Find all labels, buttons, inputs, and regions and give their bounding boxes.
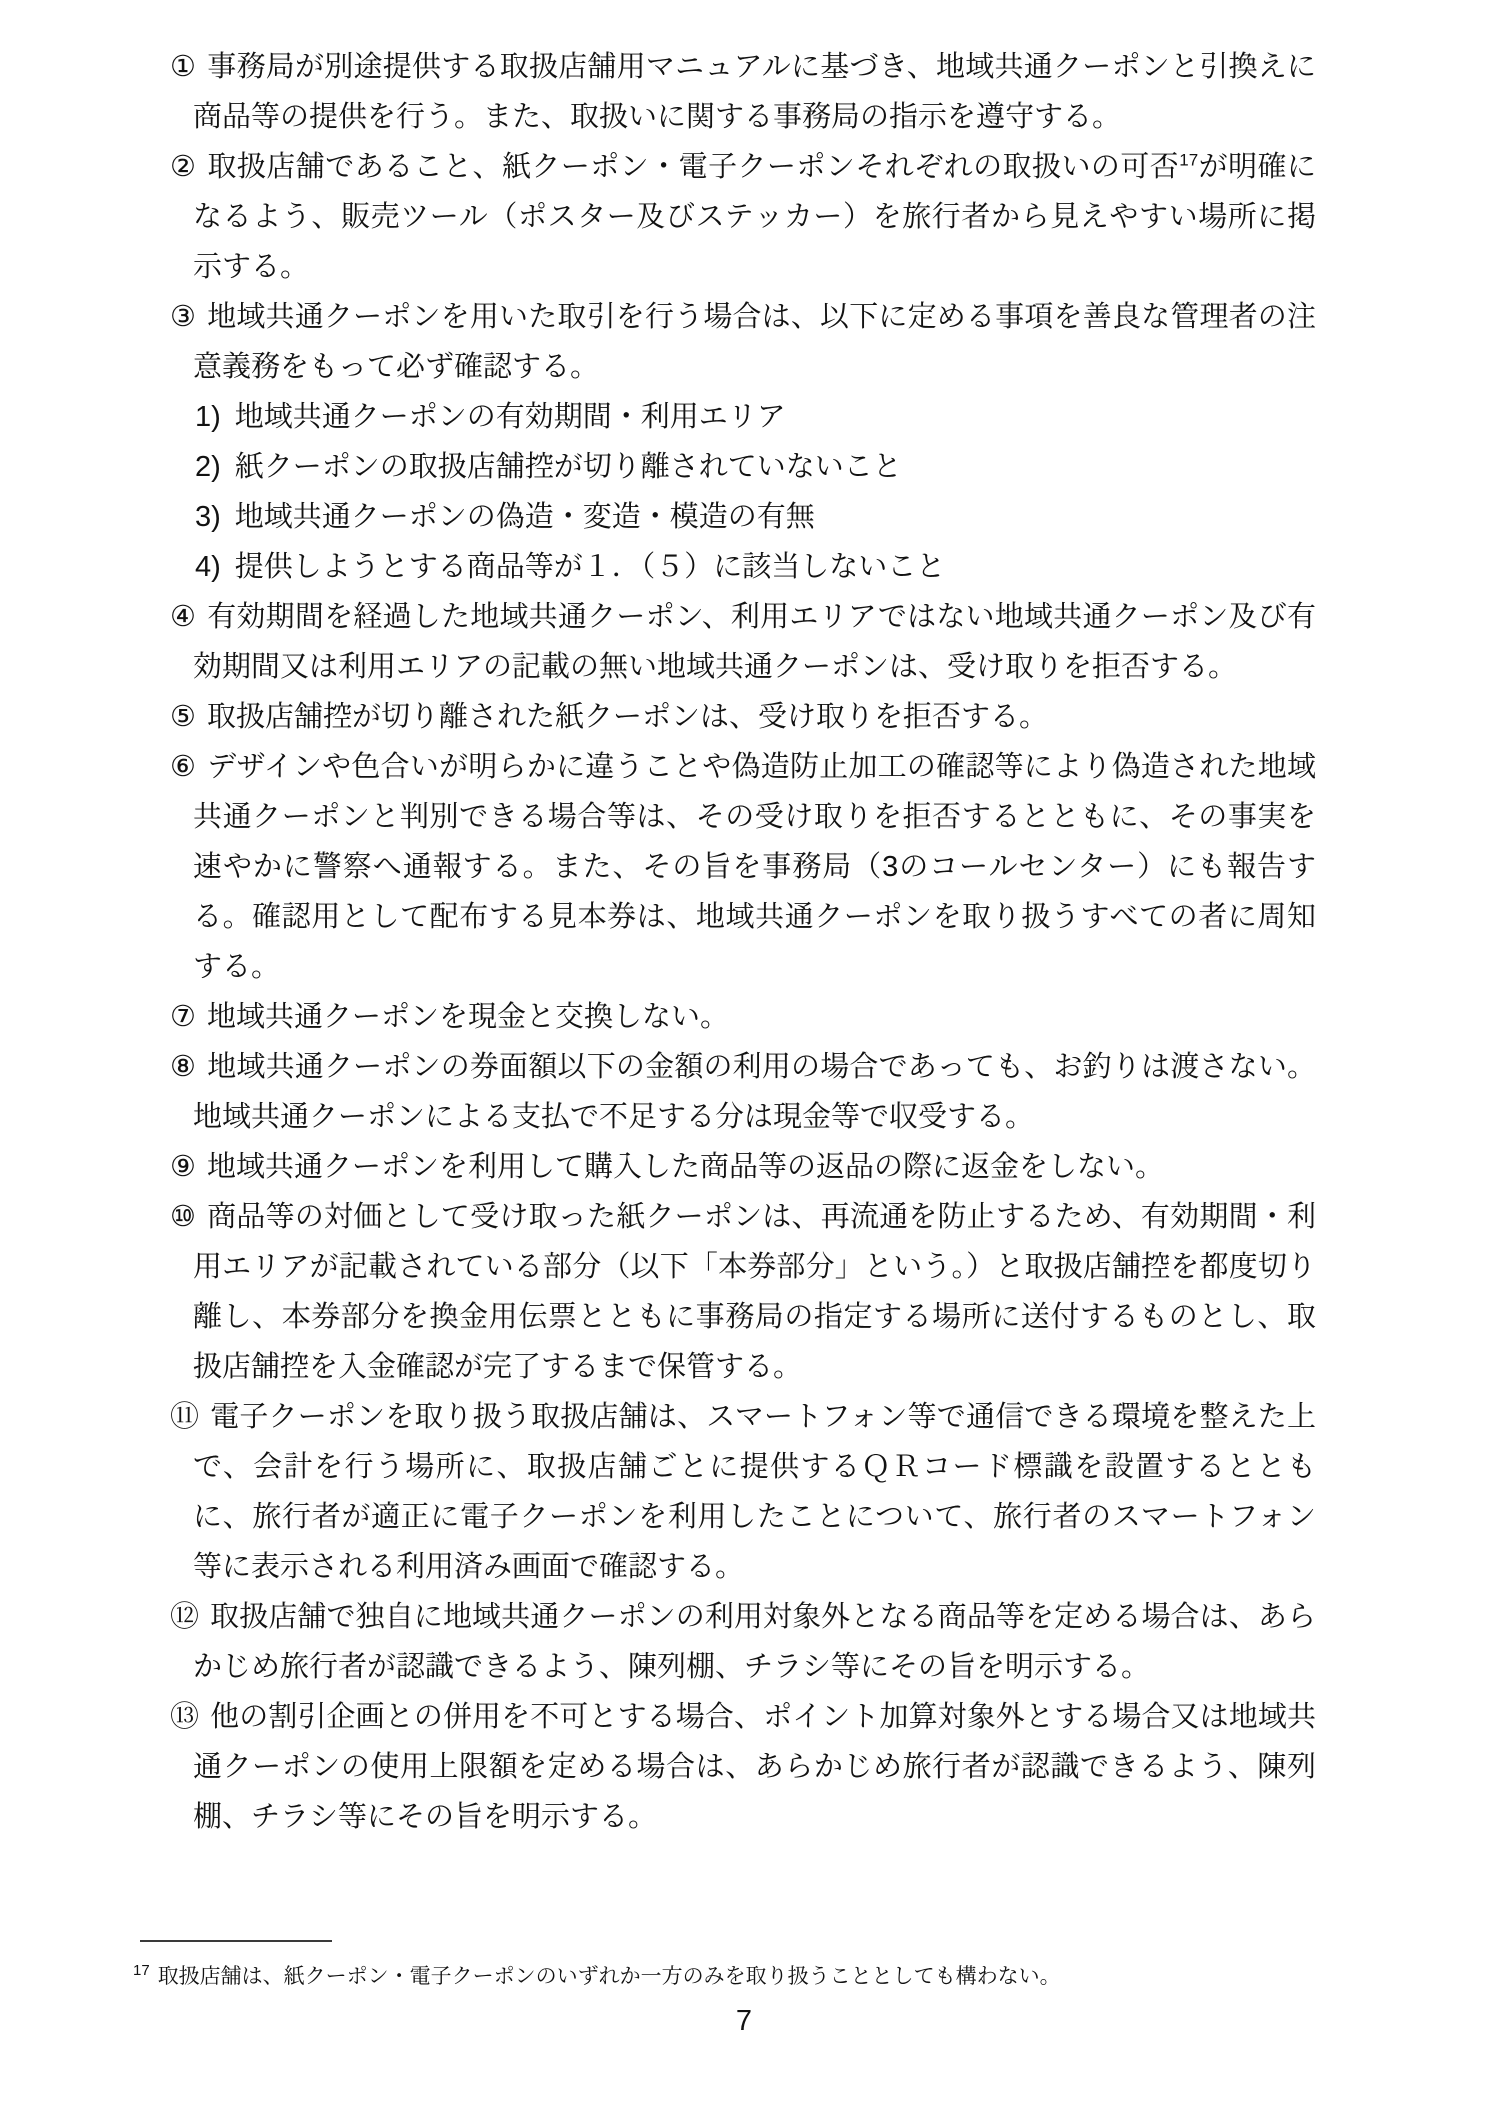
item-marker: ⑫	[170, 1601, 199, 1633]
item-text: 地域共通クーポンを利用して購入した商品等の返品の際に返金をしない。	[207, 1151, 1164, 1183]
sub-item-marker: 2)	[195, 451, 221, 483]
list-item-7: ⑦地域共通クーポンを現金と交換しない。	[140, 992, 1316, 1042]
item-text: 電子クーポンを取り扱う取扱店舗は、スマートフォン等で通信できる環境を整えた上で、…	[193, 1401, 1316, 1583]
list-item-1: ①事務局が別途提供する取扱店舗用マニュアルに基づき、地域共通クーポンと引換えに商…	[140, 42, 1316, 142]
item-text: 取扱店舗で独自に地域共通クーポンの利用対象外となる商品等を定める場合は、あらかじ…	[193, 1601, 1316, 1683]
item-marker: ⑨	[170, 1151, 196, 1183]
item-text: 地域共通クーポンを現金と交換しない。	[207, 1001, 729, 1033]
item-marker: ④	[170, 601, 196, 633]
item-text: デザインや色合いが明らかに違うことや偽造防止加工の確認等により偽造された地域共通…	[193, 751, 1316, 983]
sub-item-4: 4)提供しようとする商品等が１．（５）に該当しないこと	[140, 542, 1316, 592]
footnote-marker: 17	[133, 1962, 150, 1979]
item-text: 他の割引企画との併用を不可とする場合、ポイント加算対象外とする場合又は地域共通ク…	[193, 1701, 1316, 1833]
item-marker: ⑪	[170, 1401, 199, 1433]
footnote-ref-17: 17	[1179, 150, 1198, 169]
list-item-3: ③地域共通クーポンを用いた取引を行う場合は、以下に定める事項を善良な管理者の注意…	[140, 292, 1316, 392]
item-marker: ⑩	[170, 1201, 196, 1233]
document-body: ①事務局が別途提供する取扱店舗用マニュアルに基づき、地域共通クーポンと引換えに商…	[0, 0, 1488, 1842]
item-text: 商品等の対価として受け取った紙クーポンは、再流通を防止するため、有効期間・利用エ…	[193, 1201, 1316, 1383]
item-text: 地域共通クーポンの券面額以下の金額の利用の場合であっても、お釣りは渡さない。地域…	[193, 1051, 1316, 1133]
document-page: ①事務局が別途提供する取扱店舗用マニュアルに基づき、地域共通クーポンと引換えに商…	[0, 0, 1488, 2104]
list-item-12: ⑫取扱店舗で独自に地域共通クーポンの利用対象外となる商品等を定める場合は、あらか…	[140, 1592, 1316, 1692]
footnote-text: 取扱店舗は、紙クーポン・電子クーポンのいずれか一方のみを取り扱うこととしても構わ…	[158, 1965, 1061, 1988]
sub-item-text: 提供しようとする商品等が１．（５）に該当しないこと	[235, 551, 946, 583]
item-marker: ⑧	[170, 1051, 196, 1083]
item-text: 有効期間を経過した地域共通クーポン、利用エリアではない地域共通クーポン及び有効期…	[193, 601, 1316, 683]
item-marker: ①	[170, 51, 196, 83]
item-text: 事務局が別途提供する取扱店舗用マニュアルに基づき、地域共通クーポンと引換えに商品…	[193, 51, 1316, 133]
sub-item-text: 地域共通クーポンの有効期間・利用エリア	[235, 401, 786, 433]
list-item-4: ④有効期間を経過した地域共通クーポン、利用エリアではない地域共通クーポン及び有効…	[140, 592, 1316, 692]
list-item-10: ⑩商品等の対価として受け取った紙クーポンは、再流通を防止するため、有効期間・利用…	[140, 1192, 1316, 1392]
list-item-5: ⑤取扱店舗控が切り離された紙クーポンは、受け取りを拒否する。	[140, 692, 1316, 742]
footnote-divider	[140, 1940, 332, 1942]
list-item-13: ⑬他の割引企画との併用を不可とする場合、ポイント加算対象外とする場合又は地域共通…	[140, 1692, 1316, 1842]
sub-item-marker: 3)	[195, 501, 221, 533]
item-marker: ⑤	[170, 701, 196, 733]
sub-item-1: 1)地域共通クーポンの有効期間・利用エリア	[140, 392, 1316, 442]
page-number: 7	[0, 1996, 1488, 2046]
sub-item-2: 2)紙クーポンの取扱店舗控が切り離されていないこと	[140, 442, 1316, 492]
sub-item-marker: 4)	[195, 551, 221, 583]
item-text: 地域共通クーポンを用いた取引を行う場合は、以下に定める事項を善良な管理者の注意義…	[193, 301, 1316, 383]
list-item-2: ②取扱店舗であること、紙クーポン・電子クーポンそれぞれの取扱いの可否17が明確に…	[140, 142, 1316, 292]
item-text: 取扱店舗控が切り離された紙クーポンは、受け取りを拒否する。	[207, 701, 1048, 733]
sub-item-text: 紙クーポンの取扱店舗控が切り離されていないこと	[235, 451, 902, 483]
sub-item-3: 3)地域共通クーポンの偽造・変造・模造の有無	[140, 492, 1316, 542]
item-marker: ⑬	[170, 1701, 199, 1733]
list-item-8: ⑧地域共通クーポンの券面額以下の金額の利用の場合であっても、お釣りは渡さない。地…	[140, 1042, 1316, 1142]
list-item-6: ⑥デザインや色合いが明らかに違うことや偽造防止加工の確認等により偽造された地域共…	[140, 742, 1316, 992]
list-item-11: ⑪電子クーポンを取り扱う取扱店舗は、スマートフォン等で通信できる環境を整えた上で…	[140, 1392, 1316, 1592]
item-marker: ②	[170, 151, 196, 183]
list-item-9: ⑨地域共通クーポンを利用して購入した商品等の返品の際に返金をしない。	[140, 1142, 1316, 1192]
item-marker: ③	[170, 301, 196, 333]
footnote: 17取扱店舗は、紙クーポン・電子クーポンのいずれか一方のみを取り扱うこととしても…	[133, 1962, 1348, 1992]
sub-item-text: 地域共通クーポンの偽造・変造・模造の有無	[235, 501, 815, 533]
item-text: 取扱店舗であること、紙クーポン・電子クーポンそれぞれの取扱いの可否	[207, 151, 1179, 183]
item-marker: ⑦	[170, 1001, 196, 1033]
sub-item-marker: 1)	[195, 401, 221, 433]
item-marker: ⑥	[170, 751, 196, 783]
